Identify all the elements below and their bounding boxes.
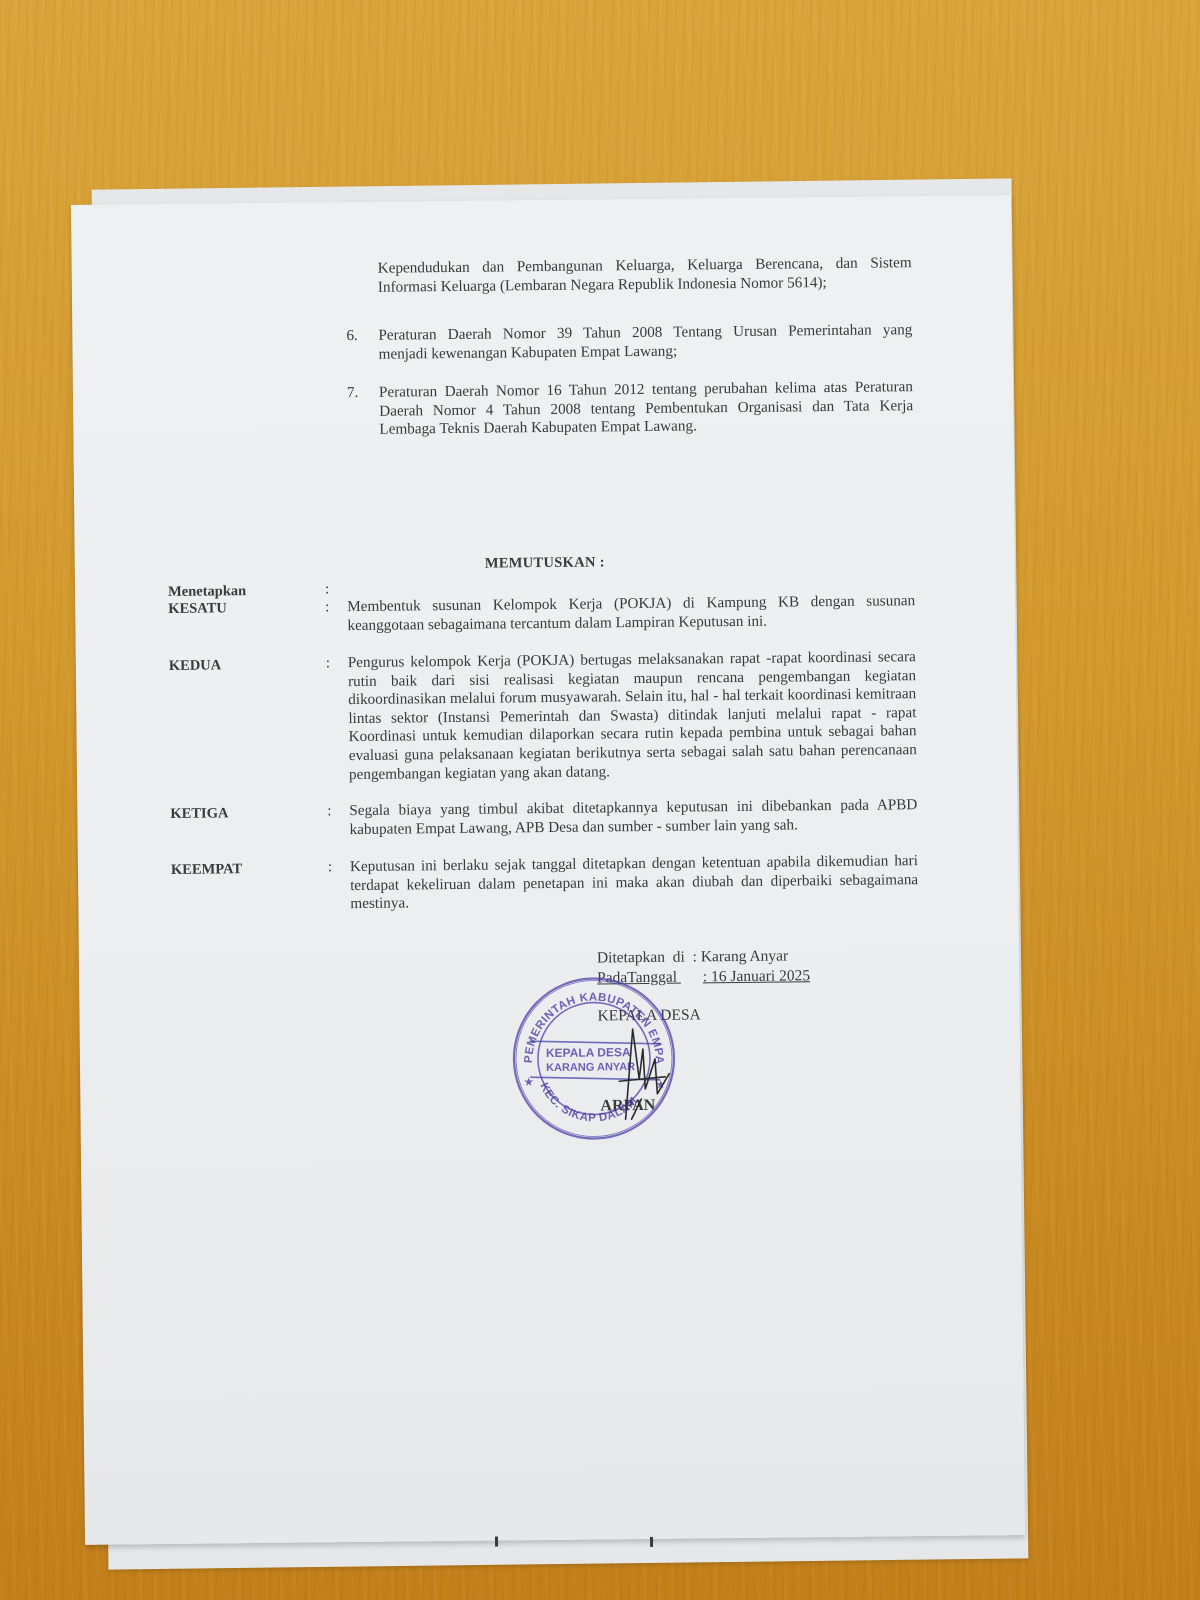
- item-number: 7.: [347, 384, 359, 402]
- label-ketiga: KETIGA: [170, 805, 228, 823]
- consideration-item-7: Peraturan Daerah Nomor 16 Tahun 2012 ten…: [379, 378, 914, 439]
- colon: :: [325, 599, 329, 616]
- staple: [495, 1537, 498, 1547]
- document-page: Kependudukan dan Pembangunan Keluarga, K…: [71, 195, 1025, 1545]
- place-value: : Karang Anyar: [693, 947, 789, 965]
- intro-continuation: Kependudukan dan Pembangunan Keluarga, K…: [378, 254, 912, 297]
- date-value: : 16 Januari 2025: [703, 967, 810, 985]
- label-menetapkan: Menetapkan: [168, 583, 246, 601]
- label-keempat: KEEMPAT: [171, 861, 242, 879]
- label-kedua: KEDUA: [169, 657, 222, 675]
- place-label: Ditetapkan di: [597, 949, 685, 967]
- svg-text:★: ★: [524, 1077, 533, 1088]
- decision-keempat-text: Keputusan ini berlaku sejak tanggal dite…: [350, 852, 919, 914]
- decision-title: MEMUTUSKAN :: [75, 550, 1015, 577]
- decision-kesatu-text: Membentuk susunan Kelompok Kerja (POKJA)…: [347, 592, 915, 635]
- handwritten-signature-icon: [605, 1019, 676, 1130]
- decision-ketiga-text: Segala biaya yang timbul akibat ditetapk…: [349, 796, 917, 839]
- label-kesatu: KESATU: [168, 600, 227, 618]
- consideration-item-6: Peraturan Daerah Nomor 39 Tahun 2008 Ten…: [378, 321, 912, 364]
- colon: :: [325, 581, 329, 598]
- colon: :: [328, 859, 332, 876]
- colon: :: [327, 803, 331, 820]
- place-row: Ditetapkan di : Karang Anyar: [597, 947, 788, 967]
- colon: :: [326, 655, 330, 672]
- staple: [650, 1537, 653, 1547]
- item-number: 6.: [346, 327, 358, 345]
- decision-kedua-text: Pengurus kelompok Kerja (POKJA) bertugas…: [348, 648, 917, 784]
